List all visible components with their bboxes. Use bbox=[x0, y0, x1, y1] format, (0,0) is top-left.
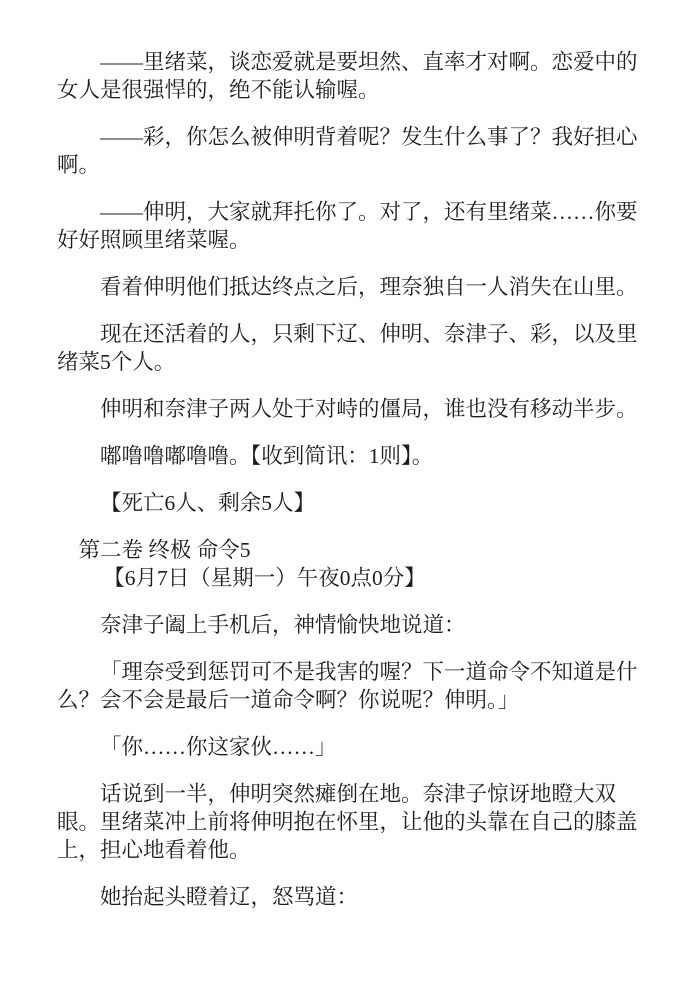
paragraph-dialogue-natsuko: 「理奈受到惩罚可不是我害的喔？下一道命令不知道是什么？会不会是最后一道命令啊？你… bbox=[57, 658, 643, 714]
paragraph-dialogue-riona: ——里绪菜，谈恋爱就是要坦然、直率才对啊。恋爱中的女人是很强悍的，绝不能认输喔。 bbox=[57, 48, 643, 104]
paragraph-dialogue-nobuaki: ——伸明，大家就拜托你了。对了，还有里绪菜……你要好好照顾里绪菜喔。 bbox=[57, 198, 643, 254]
chapter-heading: 第二卷 终极 命令5 【6月7日（星期一）午夜0点0分】 bbox=[57, 536, 643, 592]
paragraph-dialogue-aya: ——彩，你怎么被伸明背着呢？发生什么事了？我好担心啊。 bbox=[57, 123, 643, 179]
chapter-datetime-line: 【6月7日（星期一）午夜0点0分】 bbox=[57, 564, 643, 592]
paragraph-standoff: 伸明和奈津子两人处于对峙的僵局，谁也没有移动半步。 bbox=[57, 395, 643, 423]
paragraph-collapse: 话说到一半，伸明突然瘫倒在地。奈津子惊讶地瞪大双眼。里绪菜冲上前将伸明抱在怀里，… bbox=[57, 780, 643, 864]
paragraph-dialogue-nobuaki-reply: 「你……你这家伙……」 bbox=[57, 733, 643, 761]
paragraph-survivors: 现在还活着的人，只剩下辽、伸明、奈津子、彩，以及里绪菜5个人。 bbox=[57, 320, 643, 376]
novel-page: ——里绪菜，谈恋爱就是要坦然、直率才对啊。恋爱中的女人是很强悍的，绝不能认输喔。… bbox=[0, 0, 700, 992]
paragraph-glare: 她抬起头瞪着辽，怒骂道： bbox=[57, 883, 643, 911]
paragraph-natsuko-phone: 奈津子阖上手机后，神情愉快地说道： bbox=[57, 611, 643, 639]
sms-notification-line: 嘟噜噜嘟噜噜。【收到简讯：1则】。 bbox=[57, 442, 643, 470]
chapter-volume-line: 第二卷 终极 命令5 bbox=[57, 536, 643, 564]
paragraph-narration-rina: 看着伸明他们抵达终点之后，理奈独自一人消失在山里。 bbox=[57, 273, 643, 301]
death-count-line: 【死亡6人、剩余5人】 bbox=[57, 489, 643, 517]
